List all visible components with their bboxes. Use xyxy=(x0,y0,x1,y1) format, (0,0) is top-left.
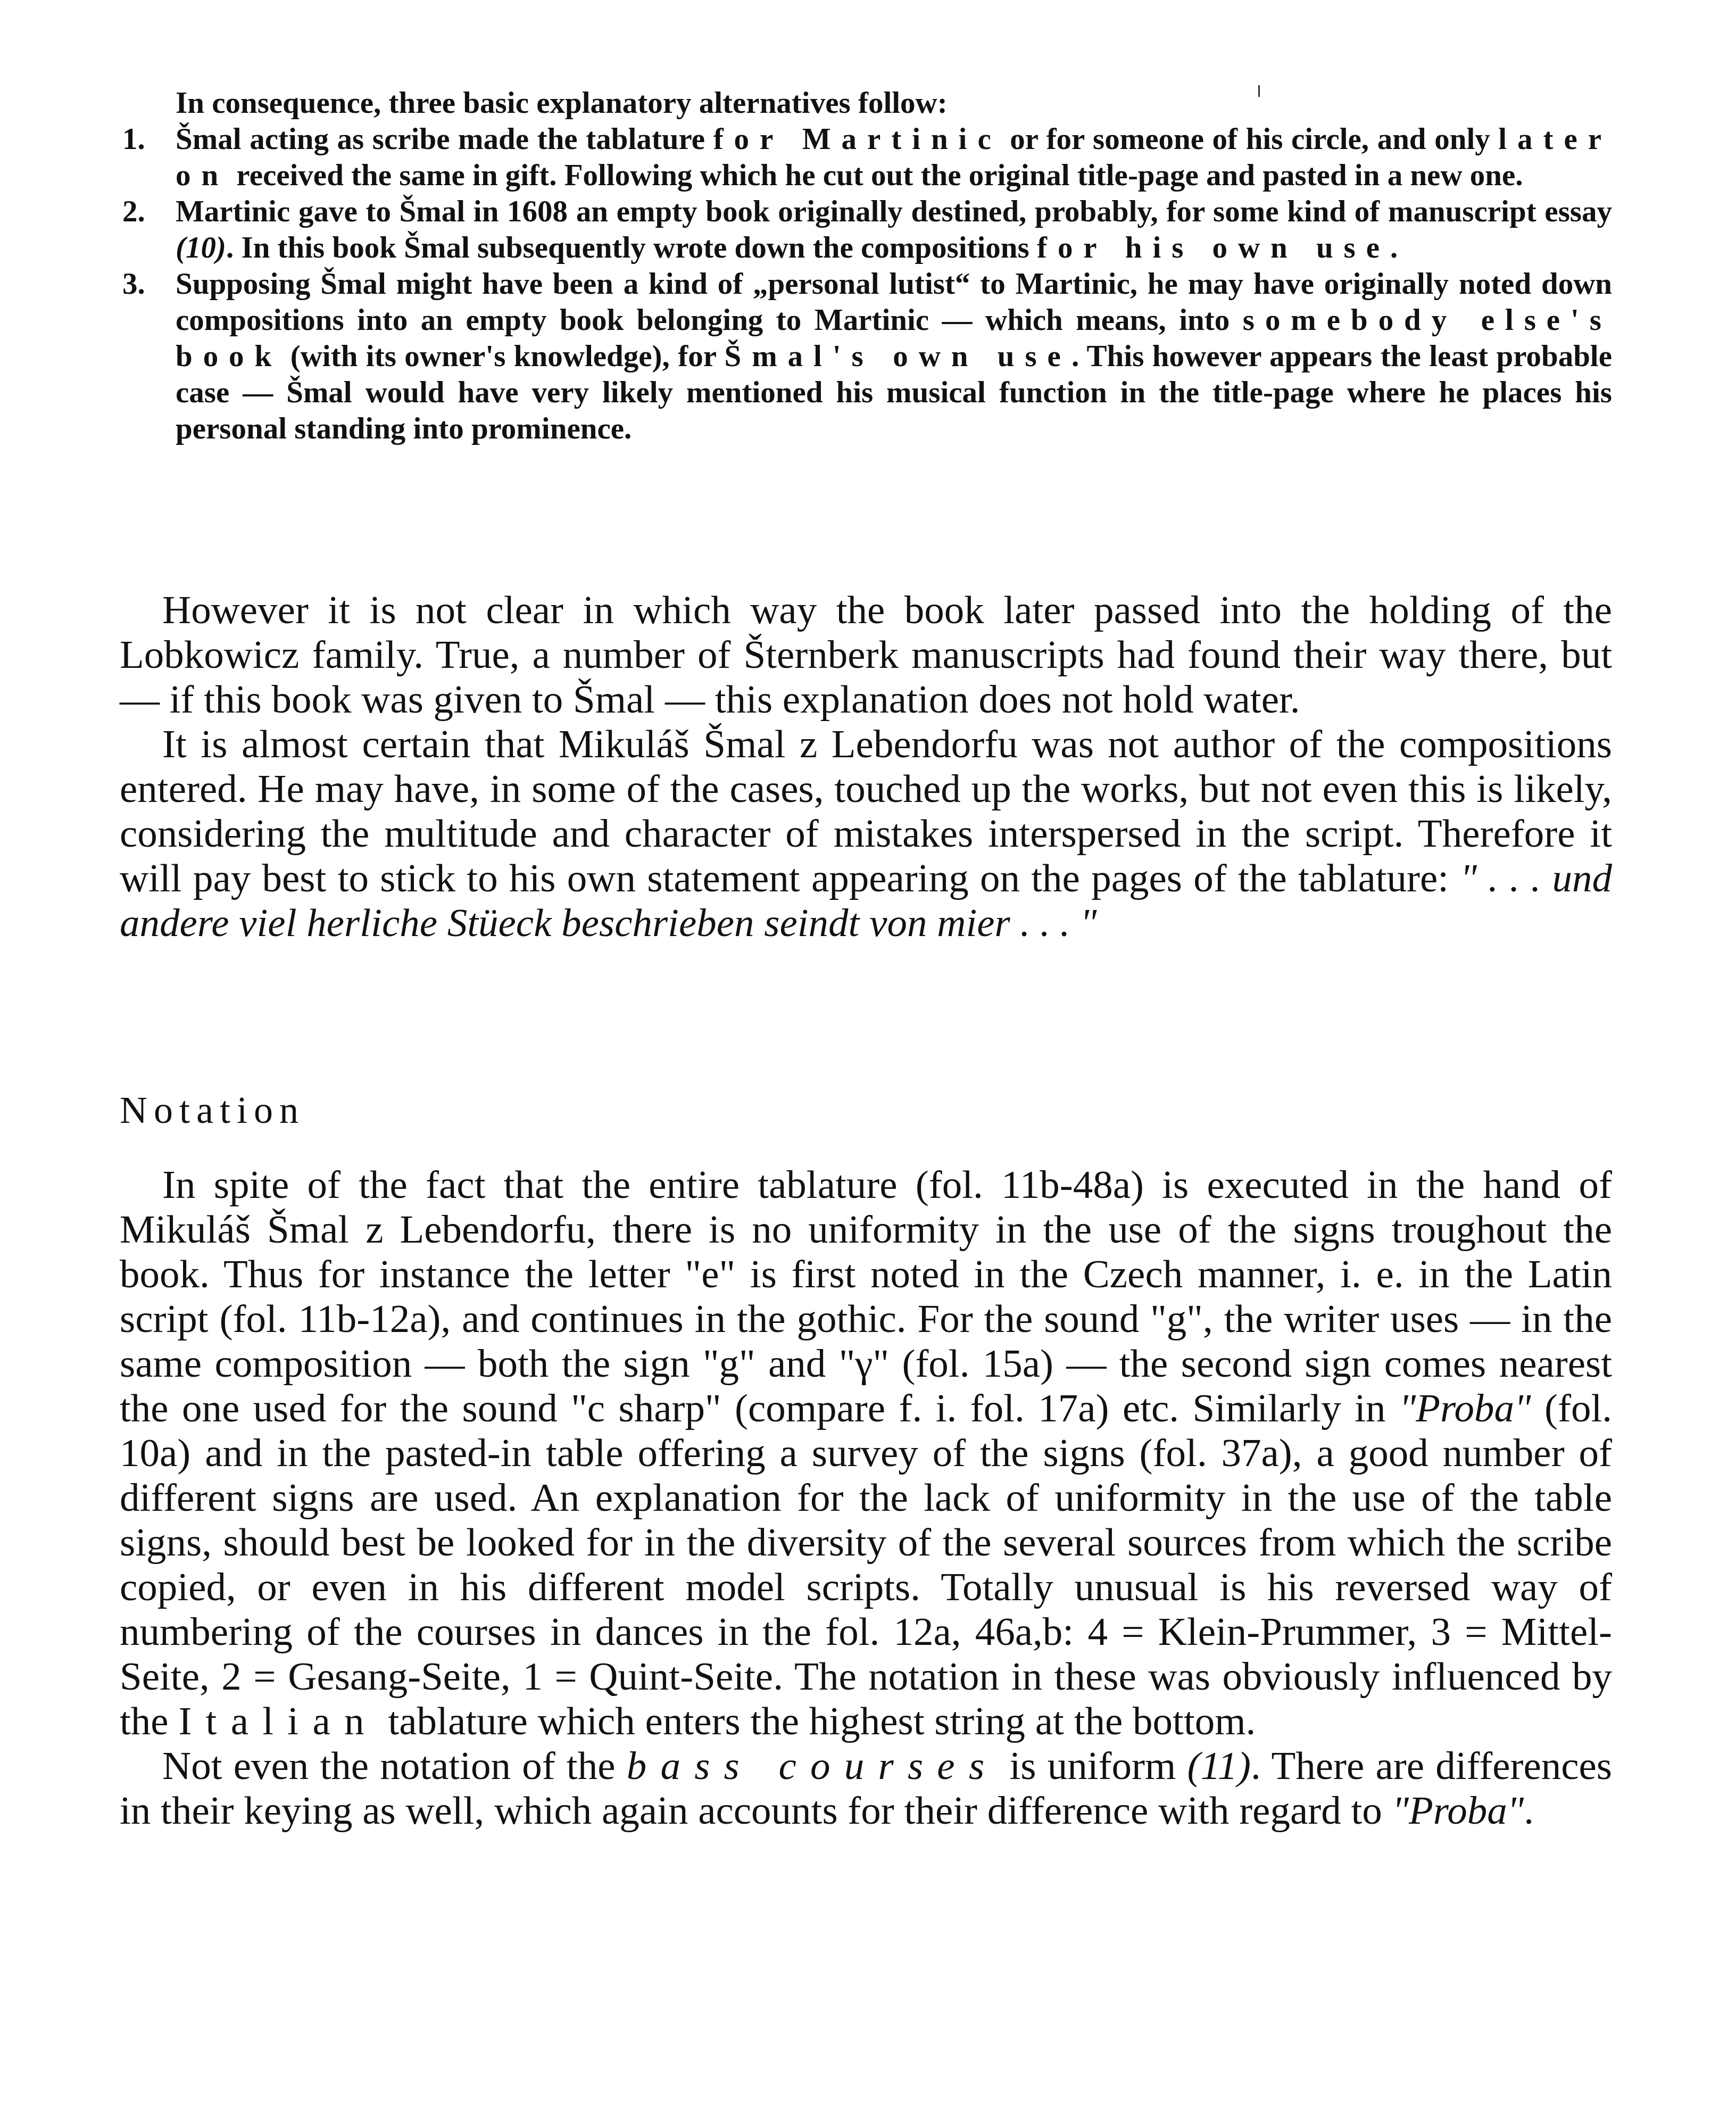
section-heading: Notation xyxy=(120,1088,305,1132)
text-segment-normal: or for someone of his circle, and only xyxy=(1002,122,1499,156)
text-segment-normal: (fol. 10a) and in the pasted-in table of… xyxy=(120,1386,1612,1743)
text-segment-italic: "Proba" xyxy=(1392,1789,1524,1833)
alternative-item: 3. Supposing Šmal might have been a kind… xyxy=(176,266,1612,447)
text-segment-normal: . In this book Šmal subsequently wrote d… xyxy=(226,231,1037,264)
alternative-number: 3. xyxy=(122,266,165,302)
text-segment-spaced: for his own use xyxy=(1037,231,1390,264)
alternative-text: Martinic gave to Šmal in 1608 an empty b… xyxy=(176,195,1612,264)
text-segment-normal: . xyxy=(1390,231,1398,264)
text-segment-normal: Not even the notation of the xyxy=(162,1744,627,1788)
alternatives-block: In consequence, three basic explanatory … xyxy=(176,85,1612,447)
text-segment-italic: (11) xyxy=(1187,1744,1251,1788)
text-segment-normal: is uniform xyxy=(998,1744,1187,1788)
text-segment-spaced: Italian xyxy=(178,1699,378,1743)
text-segment-spaced: for Martinic xyxy=(713,122,1002,156)
paragraph-text: However it is not clear in which way the… xyxy=(120,588,1612,722)
text-segment-normal: It is almost certain that Mikuláš Šmal z… xyxy=(120,722,1612,900)
text-segment-normal: In spite of the fact that the entire tab… xyxy=(120,1163,1612,1430)
text-segment-normal: (with its owner's knowledge), for xyxy=(282,340,724,373)
text-segment-normal: However it is not clear in which way the… xyxy=(120,588,1612,722)
paragraph-text: It is almost certain that Mikuláš Šmal z… xyxy=(120,722,1612,945)
alternative-item: 1. Šmal acting as scribe made the tablat… xyxy=(176,121,1612,194)
paragraph-text: In spite of the fact that the entire tab… xyxy=(120,1163,1612,1743)
body-part-2: In spite of the fact that the entire tab… xyxy=(120,1163,1612,1833)
text-segment-normal: received the same in gift. Following whi… xyxy=(229,159,1523,192)
text-segment-italic: "Proba" xyxy=(1399,1386,1531,1430)
text-segment-italic: (10) xyxy=(176,231,226,264)
paragraph-authorship: It is almost certain that Mikuláš Šmal z… xyxy=(120,722,1612,946)
alternative-text: Supposing Šmal might have been a kind of… xyxy=(176,267,1612,445)
paragraph-text: Not even the notation of the bass course… xyxy=(120,1744,1612,1833)
scan-speck xyxy=(1258,85,1260,97)
text-segment-normal: Martinic gave to Šmal in 1608 an empty b… xyxy=(176,195,1612,228)
paragraph-notation: In spite of the fact that the entire tab… xyxy=(120,1163,1612,1744)
text-segment-spaced: Šmal's own use xyxy=(725,340,1071,373)
intro-line: In consequence, three basic explanatory … xyxy=(176,85,1612,121)
alternative-text: Šmal acting as scribe made the tablature… xyxy=(176,122,1612,192)
text-segment-normal: Šmal acting as scribe made the tablature xyxy=(176,122,713,156)
alternative-number: 1. xyxy=(122,121,165,158)
text-segment-spaced-italic: bass courses xyxy=(627,1744,999,1788)
text-segment-normal: . xyxy=(1524,1789,1534,1833)
alternatives-list: 1. Šmal acting as scribe made the tablat… xyxy=(176,121,1612,447)
paragraph-bass-courses: Not even the notation of the bass course… xyxy=(120,1744,1612,1833)
paragraph-provenance: However it is not clear in which way the… xyxy=(120,588,1612,722)
text-segment-normal: tablature which enters the highest strin… xyxy=(378,1699,1256,1743)
alternative-item: 2. Martinic gave to Šmal in 1608 an empt… xyxy=(176,194,1612,266)
alternative-number: 2. xyxy=(122,194,165,230)
body-part-1: However it is not clear in which way the… xyxy=(120,588,1612,946)
